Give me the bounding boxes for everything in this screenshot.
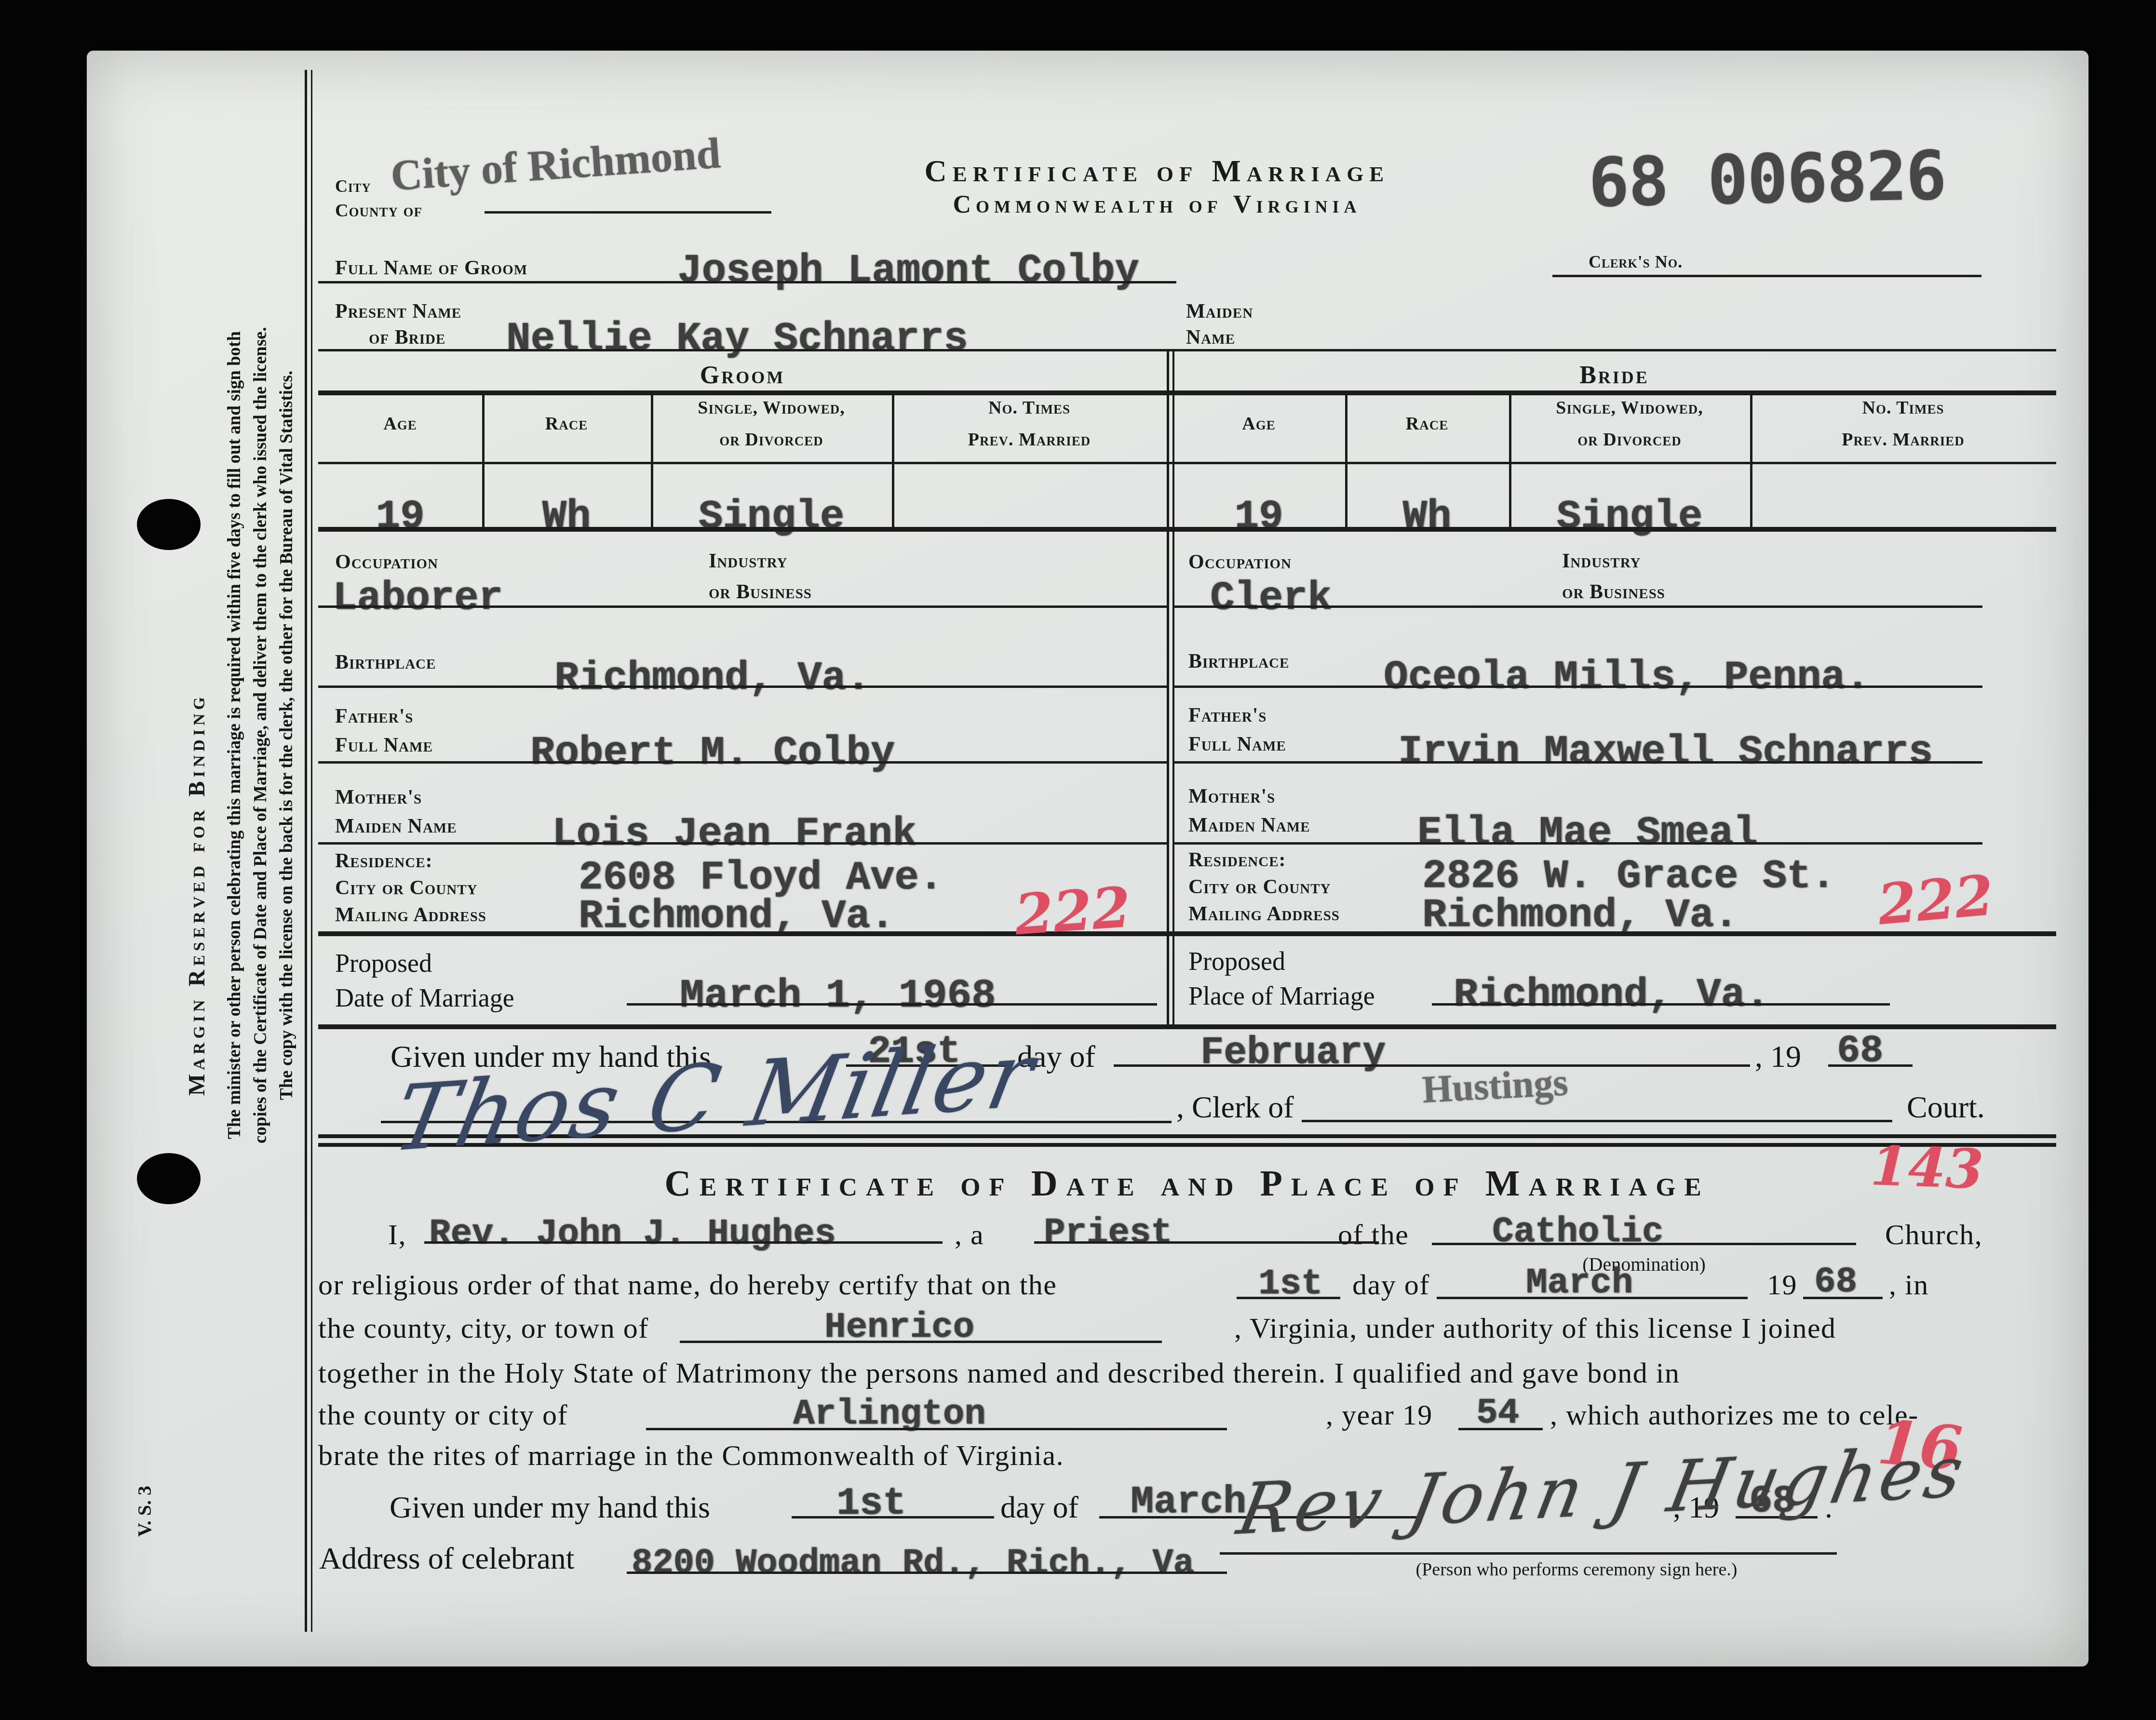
bride-residence-label-1: Residence: — [1188, 850, 1286, 870]
groom-mother-value: Lois Jean Frank — [552, 814, 916, 855]
court-label: Court. — [1907, 1092, 1985, 1123]
cert-year-19-text: , year 19 — [1326, 1400, 1433, 1429]
address-of-celebrant-label: Address of celebrant — [319, 1543, 575, 1574]
celebrant-name-value: Rev. John J. Hughes — [429, 1216, 836, 1252]
groom-times-header-1: No. Times — [892, 399, 1167, 417]
groom-mother-label-2: Maiden Name — [335, 816, 457, 836]
table-column-rule — [1345, 390, 1347, 532]
bride-father-value: Irvin Maxwell Schnarrs — [1398, 732, 1933, 773]
commonwealth-subtitle: Commonwealth of Virginia — [820, 192, 1495, 217]
table-top-rule — [318, 390, 2056, 395]
bride-red-annotation: 222 — [1875, 868, 1995, 933]
cert-line5-text: the county or city of — [318, 1400, 568, 1429]
bride-age-header: Age — [1172, 415, 1345, 433]
county-of-label: County of — [335, 202, 422, 220]
bride-residence-city: Richmond, Va. — [1422, 896, 1738, 936]
table-column-rule — [1509, 390, 1511, 532]
year-prefix-text: , 19 — [1755, 1041, 1801, 1072]
bride-times-header-1: No. Times — [1750, 399, 2056, 417]
groom-status-header-1: Single, Widowed, — [651, 399, 892, 417]
i-comma-text: I, — [388, 1220, 406, 1249]
bride-mother-label-2: Maiden Name — [1188, 815, 1310, 835]
groom-occupation-label: Occupation — [335, 552, 438, 572]
proposed-place-label-2: Place of Marriage — [1188, 983, 1375, 1009]
cert-19-text: 19 — [1767, 1270, 1797, 1299]
groom-residence-street: 2608 Floyd Ave. — [579, 858, 943, 899]
denomination-line — [1432, 1243, 1856, 1245]
serial-number-stamp: 68 006826 — [1588, 142, 1946, 217]
bride-race-header: Race — [1345, 415, 1509, 433]
bride-birthplace-line — [1172, 685, 1982, 688]
bride-residence-label-3: Mailing Address — [1188, 904, 1340, 924]
groom-name-label: Full Name of Groom — [335, 258, 527, 278]
sign-here-caption: (Person who performs ceremony sign here.… — [1311, 1560, 1842, 1579]
certificate-title: Certificate of Marriage — [820, 156, 1495, 187]
bride-status-header-1: Single, Widowed, — [1509, 399, 1750, 417]
groom-father-label-1: Father's — [335, 706, 413, 726]
given2-day-line — [792, 1516, 994, 1518]
punch-hole-top — [137, 499, 201, 550]
center-divider-rule — [1167, 349, 1174, 1028]
given2-text: Given under my hand this — [390, 1492, 710, 1523]
celebrant-signature-line — [1220, 1552, 1837, 1555]
groom-residence-label-3: Mailing Address — [335, 905, 486, 925]
bride-times-header-2: Prev. Married — [1750, 430, 2056, 449]
binding-note: Margin Reserved for Binding — [186, 591, 216, 1198]
county-blank-line — [485, 211, 771, 214]
bride-occupation-value: Clerk — [1210, 578, 1332, 619]
bride-father-label-2: Full Name — [1188, 734, 1286, 754]
bride-occupation-label: Occupation — [1188, 552, 1292, 572]
address-line — [627, 1572, 1227, 1574]
groom-occupation-value: Laborer — [333, 578, 503, 619]
proposed-date-line — [627, 1003, 1157, 1006]
cert-year-value: 68 — [1814, 1264, 1857, 1300]
table-column-rule — [482, 390, 485, 532]
cert-line6-text: brate the rites of marriage in the Commo… — [318, 1441, 1064, 1470]
groom-status-header-2: or Divorced — [651, 430, 892, 449]
city-label: City — [335, 177, 371, 195]
city-of-richmond-stamp: City of Richmond — [390, 132, 722, 198]
cert-bond-year-line — [1458, 1428, 1543, 1430]
groom-race-header: Race — [482, 415, 651, 433]
proposed-date-label-2: Date of Marriage — [335, 985, 514, 1011]
margin-instructions-line3: The copy with the license on the back is… — [278, 147, 303, 1323]
groom-residence-label-1: Residence: — [335, 851, 433, 871]
groom-father-line — [318, 761, 1167, 764]
maiden-name-label-1: Maiden — [1186, 301, 1253, 322]
bride-industry-label-2: or Business — [1562, 582, 1665, 602]
cert-bond-county-line — [646, 1428, 1227, 1430]
license-year-line — [1828, 1064, 1913, 1067]
maiden-name-label-2: Name — [1186, 327, 1235, 348]
groom-birthplace-value: Richmond, Va. — [554, 658, 870, 699]
margin-instructions-line1: The minister or other person celebrating… — [226, 147, 251, 1323]
groom-age-header: Age — [318, 415, 482, 433]
cert-line5-suffix: , which authorizes me to cele- — [1550, 1400, 1919, 1429]
form-code: V. S. 3 — [135, 1461, 158, 1562]
groom-times-header-2: Prev. Married — [892, 430, 1167, 449]
proposed-place-line — [1432, 1003, 1890, 1006]
proposed-place-label-1: Proposed — [1188, 948, 1285, 974]
clerk-of-text: , Clerk of — [1176, 1092, 1294, 1123]
residence-bottom-rule — [318, 931, 2056, 936]
groom-name-value: Joseph Lamont Colby — [677, 251, 1139, 292]
bride-residence-street: 2826 W. Grace St. — [1422, 857, 1835, 897]
cert-line3-text: the county, city, or town of — [318, 1314, 649, 1343]
groom-section-title: Groom — [318, 363, 1167, 388]
groom-name-line — [318, 281, 1176, 283]
groom-occupation-line — [318, 605, 1167, 608]
given2-day-of-text: day of — [1000, 1492, 1078, 1523]
cert-bond-county-value: Arlington — [793, 1397, 986, 1432]
cert-month-value: March — [1526, 1265, 1633, 1301]
celebrant-name-line — [424, 1241, 943, 1244]
groom-mother-label-1: Mother's — [335, 787, 422, 807]
cert-day-of-text: day of — [1352, 1270, 1430, 1299]
bride-mother-line — [1172, 842, 1982, 845]
of-the-text: of the — [1338, 1220, 1409, 1249]
groom-residence-label-2: City or County — [335, 878, 477, 898]
cert-line4-text: together in the Holy State of Matrimony … — [318, 1358, 1680, 1387]
groom-father-label-2: Full Name — [335, 735, 433, 755]
groom-industry-label-2: or Business — [709, 582, 812, 602]
bride-section-title: Bride — [1172, 363, 2056, 388]
proposed-date-value: March 1, 1968 — [680, 976, 996, 1017]
table-column-rule — [892, 390, 894, 532]
proposed-date-label-1: Proposed — [335, 950, 432, 976]
bride-occupation-line — [1172, 605, 1982, 608]
bride-father-label-1: Father's — [1188, 705, 1267, 726]
bride-industry-label-1: Industry — [1562, 551, 1641, 571]
bride-residence-label-2: City or County — [1188, 877, 1331, 897]
bride-birthplace-label: Birthplace — [1188, 651, 1289, 672]
celebrant-title-value: Priest — [1044, 1215, 1172, 1251]
license-month-value: February — [1200, 1034, 1386, 1073]
margin-instructions-line2: copies of the Certificate of Date and Pl… — [252, 147, 277, 1323]
cert-line2-text: or religious order of that name, do here… — [318, 1270, 1057, 1299]
church-text: Church, — [1885, 1220, 1982, 1249]
bride-birthplace-value: Oceola Mills, Penna. — [1384, 658, 1870, 698]
groom-mother-line — [318, 842, 1167, 845]
celebrant-title-line — [1034, 1241, 1379, 1244]
proposed-place-value: Richmond, Va. — [1454, 975, 1769, 1016]
scanned-marriage-certificate: { "margin": { "binding_note": "Margin Re… — [0, 0, 2156, 1720]
cert-in-text: , in — [1889, 1270, 1929, 1299]
bride-status-header-2: or Divorced — [1509, 430, 1750, 449]
cert-day-line — [1237, 1297, 1340, 1299]
cert-county-line — [680, 1341, 1162, 1343]
hustings-court-stamp: Hustings — [1421, 1063, 1569, 1109]
cert-month-line — [1437, 1297, 1748, 1299]
cert-county-value: Henrico — [824, 1310, 974, 1345]
table-column-rule — [651, 390, 653, 532]
certificate-paper: Margin Reserved for Binding The minister… — [87, 51, 2089, 1666]
groom-birthplace-label: Birthplace — [335, 652, 436, 672]
bride-name-line — [318, 349, 2056, 351]
table-bottom-rule — [318, 527, 2056, 532]
clerks-no-line — [1552, 275, 1981, 277]
celebrant-signature: Rev John J Hughes — [1233, 1437, 1972, 1545]
groom-industry-label-1: Industry — [709, 551, 788, 571]
groom-red-annotation: 222 — [1013, 880, 1132, 943]
bride-name-label-1: Present Name — [335, 301, 461, 322]
binding-margin-rule — [305, 70, 312, 1632]
red-number-143: 143 — [1870, 1139, 1984, 1197]
bride-name-value: Nellie Kay Schnarrs — [506, 319, 968, 360]
cert-line3-suffix: , Virginia, under authority of this lice… — [1234, 1314, 1836, 1343]
table-header-rule — [318, 462, 2056, 464]
table-column-rule — [1750, 390, 1752, 532]
groom-father-value: Robert M. Colby — [530, 733, 895, 774]
cert-bond-year-value: 54 — [1476, 1396, 1519, 1431]
cert-year-line — [1803, 1297, 1883, 1299]
clerks-no-label: Clerk's No. — [1589, 253, 1683, 270]
address-of-celebrant-value: 8200 Woodman Rd., Rich., Va — [632, 1546, 1194, 1581]
bride-mother-value: Ella Mae Smeal — [1417, 813, 1758, 854]
court-blank-line — [1302, 1120, 1892, 1122]
bride-name-label-2: of Bride — [369, 327, 445, 348]
bride-father-line — [1172, 761, 1982, 764]
bride-mother-label-1: Mother's — [1188, 786, 1275, 806]
comma-a-text: , a — [955, 1220, 984, 1249]
license-month-line — [1114, 1064, 1750, 1067]
proposed-bottom-rule — [318, 1024, 2056, 1029]
certificate-section-title: Certificate of Date and Place of Marriag… — [318, 1165, 2056, 1202]
groom-birthplace-line — [318, 685, 1167, 688]
